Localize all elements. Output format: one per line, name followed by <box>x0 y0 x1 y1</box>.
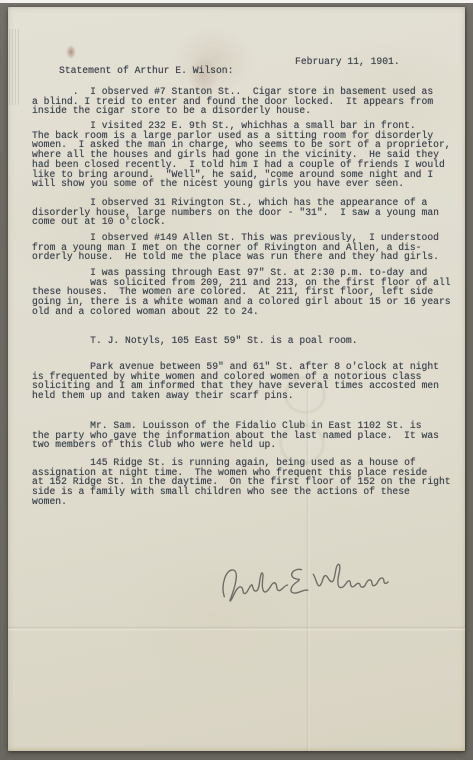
paper-smudge <box>66 45 76 59</box>
paper-sheet: February 11, 1901. Statement of Arthur E… <box>8 7 465 751</box>
scan-background: February 11, 1901. Statement of Arthur E… <box>0 0 473 760</box>
scan-edge-strip <box>0 0 473 3</box>
statement-paragraph-allen: I observed #149 Allen St. This was previ… <box>32 233 473 262</box>
statement-paragraph-ridge: 145 Ridge St. is running again, being us… <box>32 458 473 507</box>
statement-paragraph-stanton: . I observed #7 Stanton St.. Cigar store… <box>32 87 473 116</box>
statement-title: Statement of Arthur E. Wilson: <box>59 66 233 76</box>
pencil-hatch-marks <box>9 29 19 105</box>
horizontal-fold-crease <box>8 626 465 631</box>
signature-arthur-e-wilson: Arthur E Wilson <box>212 547 393 610</box>
signature-stroke-wilson <box>313 562 388 590</box>
statement-paragraph-rivington: I observed 31 Rivington St., which has t… <box>32 198 473 227</box>
statement-paragraph-east-97: I was passing through East 97" St. at 2:… <box>32 268 473 317</box>
statement-paragraph-pool-room: T. J. Notyls, 105 East 59" St. is a poal… <box>32 336 473 346</box>
statement-paragraph-louisson: Mr. Sam. Louisson of the Fidalio Club in… <box>32 421 473 450</box>
signature-stroke-e <box>290 569 308 593</box>
signature-stroke-arthur <box>222 567 288 601</box>
statement-paragraph-9th-st: I visited 232 E. 9th St., whichhas a sma… <box>32 121 473 189</box>
statement-paragraph-park-avenue: Park avenue between 59" and 61" St. afte… <box>32 362 473 401</box>
document-date: February 11, 1901. <box>295 57 400 67</box>
